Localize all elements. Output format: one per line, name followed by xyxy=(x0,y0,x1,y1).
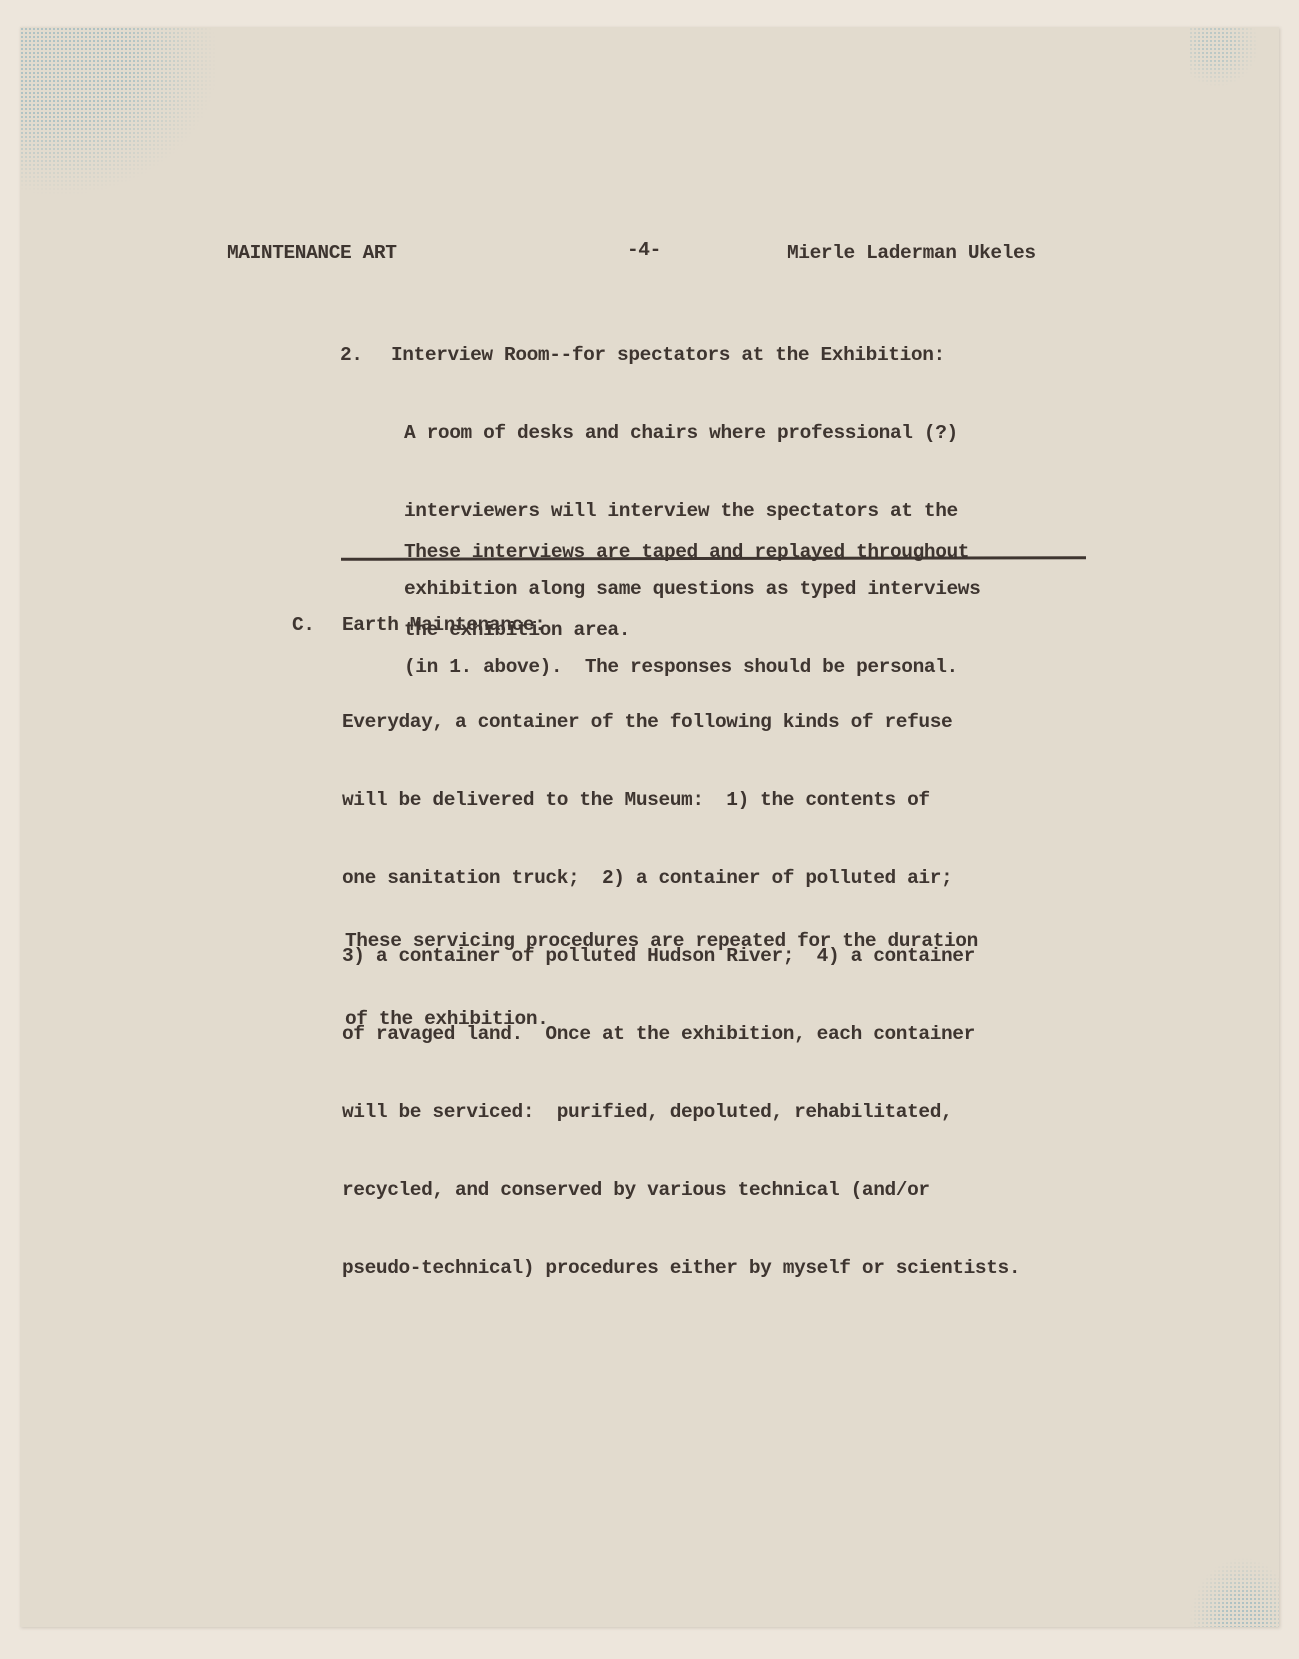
text-line: pseudo-technical) procedures either by m… xyxy=(342,1255,1020,1281)
author-name: Mierle Laderman Ukeles xyxy=(787,240,1036,266)
page-number: -4- xyxy=(627,237,661,263)
page-stain xyxy=(20,27,220,197)
item-title: Interview Room--for spectators at the Ex… xyxy=(391,342,945,368)
text-line: of the exhibition. xyxy=(345,1006,978,1032)
page-stain xyxy=(1189,27,1259,87)
item-number: 2. xyxy=(340,342,363,368)
text-line: recycled, and conserved by various techn… xyxy=(342,1177,1020,1203)
text-line: These servicing procedures are repeated … xyxy=(345,928,978,954)
section-title: Earth Maintenance: xyxy=(342,612,545,638)
item-note: These interviews are taped and replayed … xyxy=(404,487,969,669)
section-letter: C. xyxy=(292,612,315,638)
text-line: These interviews are taped and replayed … xyxy=(404,539,969,565)
text-line: will be delivered to the Museum: 1) the … xyxy=(342,787,1020,813)
page-stain xyxy=(1189,1557,1279,1627)
section-note: These servicing procedures are repeated … xyxy=(345,876,978,1058)
text-line: will be serviced: purified, depoluted, r… xyxy=(342,1099,1020,1125)
document-title: MAINTENANCE ART xyxy=(227,240,397,266)
text-line: A room of desks and chairs where profess… xyxy=(404,420,980,446)
text-line: Everyday, a container of the following k… xyxy=(342,709,1020,735)
